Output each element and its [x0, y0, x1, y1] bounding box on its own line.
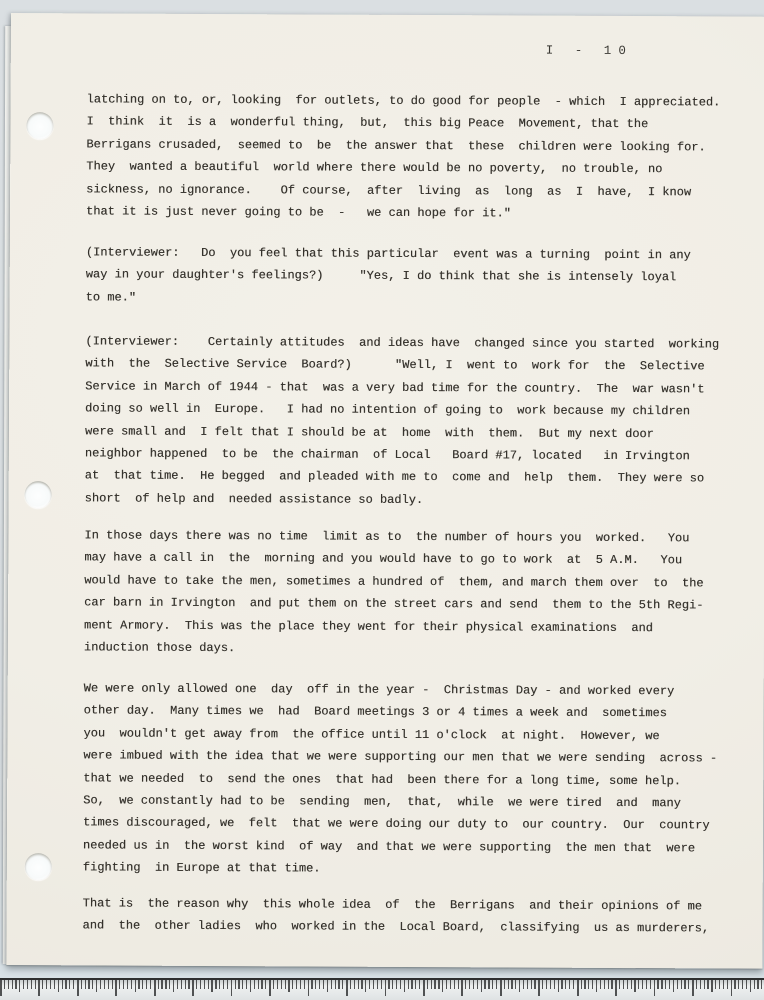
ruler-tick [373, 980, 374, 989]
ruler-tick [361, 980, 362, 989]
ruler-tick [396, 980, 397, 989]
ruler-tick [23, 980, 24, 989]
paragraph-line: fighting in Europe at that time. [83, 857, 743, 883]
ruler-tick [534, 980, 535, 989]
ruler-tick [338, 980, 339, 989]
paragraph: latching on to, or, looking for outlets,… [86, 88, 747, 226]
ruler-tick [0, 980, 2, 996]
ruler-tick [604, 980, 605, 989]
paragraph-line: that it is just never going to be - we c… [86, 200, 746, 226]
paragraph-line: I think it is a wonderful thing, but, th… [86, 111, 746, 137]
paragraph-line: We were only allowed one day off in the … [84, 677, 744, 703]
ruler-tick [308, 980, 310, 996]
ruler-tick [35, 980, 36, 989]
ruler-tick [461, 980, 463, 996]
ruler-tick [81, 980, 82, 989]
ruler-tick [581, 980, 582, 989]
ruler-tick [611, 980, 612, 989]
ruler-tick [573, 980, 574, 989]
ruler-tick [69, 980, 70, 989]
ruler-tick [119, 980, 120, 989]
ruler-tick [665, 980, 666, 989]
ruler-tick [100, 980, 101, 989]
ruler-tick [408, 980, 409, 989]
ruler-tick [504, 980, 505, 989]
ruler-tick [481, 980, 482, 992]
ruler-tick [684, 980, 685, 989]
scanned-page: I - 10 latching on to, or, looking for o… [6, 13, 764, 969]
ruler-tick [50, 980, 51, 989]
ruler-tick [238, 980, 239, 989]
ruler-tick [58, 980, 59, 992]
ruler-tick [446, 980, 447, 989]
ruler-tick [235, 980, 236, 989]
ruler-tick [123, 980, 124, 989]
paragraph-line: They wanted a beautiful world where ther… [86, 156, 746, 182]
ruler-tick [681, 980, 682, 989]
ruler-tick [608, 980, 609, 989]
paragraph-line: latching on to, or, looking for outlets,… [87, 88, 747, 114]
paragraph-line: needed us in the worst kind of way and t… [83, 834, 743, 860]
ruler-tick [142, 980, 143, 989]
ruler-tick [354, 980, 355, 989]
ruler-tick [261, 980, 262, 989]
ruler-tick [173, 980, 174, 992]
paragraph-line: Service in March of 1944 - that was a ve… [85, 375, 745, 401]
ruler-tick [258, 980, 259, 989]
ruler-tick [634, 980, 635, 992]
ruler-tick [484, 980, 485, 989]
ruler-tick [281, 980, 282, 989]
ruler-tick [619, 980, 620, 989]
ruler-tick [734, 980, 735, 989]
ruler-tick [411, 980, 412, 989]
ruler-tick [346, 980, 348, 996]
paragraph-line: induction those days. [84, 636, 744, 662]
paragraph: (Interviewer: Certainly attitudes and id… [85, 330, 746, 512]
ruler-tick [169, 980, 170, 989]
ruler-tick [62, 980, 63, 989]
paragraph-line: would have to take the men, sometimes a … [84, 569, 744, 595]
ruler-tick [542, 980, 543, 989]
ruler-tick [657, 980, 658, 989]
paragraph-line: So, we constantly had to be sending men,… [83, 789, 743, 815]
ruler-tick [600, 980, 601, 989]
ruler-tick [592, 980, 593, 989]
paragraph-line: with the Selective Service Board?) "Well… [85, 353, 745, 379]
ruler-tick [85, 980, 86, 989]
paragraph-line: That is the reason why this whole idea o… [83, 892, 743, 918]
ruler-tick [538, 980, 540, 996]
ruler-tick [569, 980, 570, 989]
paragraph: We were only allowed one day off in the … [83, 677, 744, 882]
ruler-tick [438, 980, 439, 989]
ruler-tick [696, 980, 697, 989]
ruler-tick [404, 980, 405, 992]
ruler-tick [642, 980, 643, 989]
ruler-tick [427, 980, 428, 989]
ruler-tick [311, 980, 312, 989]
ruler-tick [96, 980, 97, 992]
ruler-tick [77, 980, 79, 996]
paragraph-line: other day. Many times we had Board meeti… [84, 700, 744, 726]
ruler-tick [558, 980, 559, 992]
ruler-tick [246, 980, 247, 989]
ruler-tick [288, 980, 289, 992]
paragraph-line: neighbor happened to be the chairman of … [85, 442, 745, 468]
ruler-tick [112, 980, 113, 989]
ruler-tick [577, 980, 579, 996]
ruler-tick [500, 980, 502, 996]
ruler-tick [646, 980, 647, 989]
paragraph: (Interviewer: Do you feel that this part… [86, 241, 746, 311]
ruler-tick [458, 980, 459, 989]
ruler-tick [377, 980, 378, 989]
paragraph: In those days there was no time limit as… [84, 524, 745, 662]
ruler-tick [719, 980, 720, 989]
ruler-tick [223, 980, 224, 989]
paragraph-line: were imbued with the idea that we were s… [83, 745, 743, 771]
ruler-tick [627, 980, 628, 989]
ruler-tick [42, 980, 43, 989]
ruler-tick [4, 980, 5, 989]
ruler-tick [673, 980, 674, 992]
ruler-tick [750, 980, 751, 992]
ruler-tick [434, 980, 435, 989]
paragraph-line: (Interviewer: Certainly attitudes and id… [85, 330, 745, 356]
ruler-tick [442, 980, 443, 992]
paragraph-line: that we needed to send the ones that had… [83, 767, 743, 793]
page-number: I - 10 [546, 44, 633, 58]
ruler-tick [415, 980, 416, 989]
paragraph-line: doing so well in Europe. I had no intent… [85, 398, 745, 424]
ruler-tick [38, 980, 40, 996]
ruler-tick [754, 980, 755, 989]
ruler-tick [677, 980, 678, 989]
ruler-tick [250, 980, 251, 992]
ruler-tick [419, 980, 420, 989]
ruler-tick [746, 980, 747, 989]
ruler-tick [104, 980, 105, 989]
ruler-tick [65, 980, 66, 989]
ruler-tick [12, 980, 13, 989]
ruler-tick [135, 980, 136, 992]
ruler-tick [342, 980, 343, 989]
ruler-tick [277, 980, 278, 989]
ruler-tick [546, 980, 547, 989]
ruler-tick [381, 980, 382, 989]
ruler-tick [192, 980, 194, 996]
ruler-tick [88, 980, 89, 989]
document-text: latching on to, or, looking for outlets,… [11, 13, 764, 17]
ruler-tick [127, 980, 128, 989]
paragraph-line: In those days there was no time limit as… [84, 524, 744, 550]
ruler-tick [761, 980, 762, 989]
ruler-tick [519, 980, 520, 992]
ruler-tick [323, 980, 324, 989]
ruler-tick [473, 980, 474, 989]
ruler-tick [31, 980, 32, 989]
ruler-tick [227, 980, 228, 989]
ruler-tick [523, 980, 524, 989]
ruler-tick [161, 980, 162, 989]
ruler-tick [285, 980, 286, 989]
ruler-tick [138, 980, 139, 989]
ruler-tick [561, 980, 562, 989]
ruler-tick [188, 980, 189, 989]
ruler-tick [661, 980, 662, 989]
hole-punch [23, 479, 54, 510]
ruler-tick [623, 980, 624, 989]
ruler-tick [450, 980, 451, 989]
paragraph: That is the reason why this whole idea o… [82, 892, 742, 940]
ruler-tick [688, 980, 689, 989]
paragraph-line: ment Armory. This was the place they wen… [84, 614, 744, 640]
paragraph-line: (Interviewer: Do you feel that this part… [86, 241, 746, 267]
ruler-tick [27, 980, 28, 989]
ruler-tick [300, 980, 301, 989]
ruler-tick [231, 980, 233, 996]
ruler-tick [196, 980, 197, 989]
ruler-tick [511, 980, 512, 989]
ruler-tick [54, 980, 55, 989]
ruler-tick [631, 980, 632, 989]
ruler-tick [181, 980, 182, 989]
ruler-tick [704, 980, 705, 989]
ruler-tick [615, 980, 617, 996]
ruler-tick [565, 980, 566, 989]
ruler-tick [204, 980, 205, 989]
ruler-tick [365, 980, 366, 992]
paragraph-line: way in your daughter's feelings?) "Yes, … [86, 264, 746, 290]
paragraph-line: to me." [86, 286, 746, 312]
ruler-tick [304, 980, 305, 989]
ruler-tick [327, 980, 328, 992]
ruler-tick [154, 980, 156, 996]
ruler-tick [392, 980, 393, 989]
ruler-tick [527, 980, 528, 989]
ruler-tick [296, 980, 297, 989]
ruler-tick [211, 980, 212, 992]
ruler-tick [292, 980, 293, 989]
ruler-tick [508, 980, 509, 989]
ruler-tick [477, 980, 478, 989]
ruler-tick [19, 980, 20, 992]
ruler-tick [669, 980, 670, 989]
ruler-tick [711, 980, 712, 992]
ruler-tick [550, 980, 551, 989]
ruler-tick [707, 980, 708, 989]
ruler-tick [596, 980, 597, 992]
ruler-tick [588, 980, 589, 989]
hole-punch [26, 112, 53, 139]
ruler-tick [454, 980, 455, 989]
ruler-tick [358, 980, 359, 989]
ruler-tick [492, 980, 493, 989]
ruler-tick [219, 980, 220, 989]
ruler-tick [584, 980, 585, 989]
ruler [0, 978, 764, 1000]
ruler-tick [92, 980, 93, 989]
paragraph-line: car barn in Irvington and put them on th… [84, 592, 744, 618]
ruler-tick [73, 980, 74, 989]
ruler-tick [350, 980, 351, 989]
ruler-tick [200, 980, 201, 989]
ruler-tick [108, 980, 109, 989]
ruler-tick [465, 980, 466, 989]
ruler-tick [15, 980, 16, 989]
ruler-tick [146, 980, 147, 989]
ruler-tick [131, 980, 132, 989]
paragraph-line: may have a call in the morning and you w… [84, 547, 744, 573]
paragraph-line: Berrigans crusaded, seemed to be the ans… [86, 133, 746, 159]
ruler-tick [150, 980, 151, 989]
ruler-tick [757, 980, 758, 989]
ruler-tick [738, 980, 739, 989]
hole-punch [25, 853, 52, 880]
ruler-tick [115, 980, 117, 996]
ruler-tick [400, 980, 401, 989]
ruler-tick [273, 980, 274, 989]
ruler-tick [654, 980, 656, 996]
ruler-tick [265, 980, 266, 989]
ruler-tick [8, 980, 9, 989]
scan-area: I - 10 latching on to, or, looking for o… [0, 0, 764, 1000]
ruler-tick [554, 980, 555, 989]
ruler-tick [723, 980, 724, 989]
paragraph-line: you wouldn't get away from the office un… [83, 722, 743, 748]
ruler-tick [331, 980, 332, 989]
ruler-tick [269, 980, 271, 996]
paragraph-line: sickness, no ignorance. Of course, after… [86, 178, 746, 204]
ruler-tick [515, 980, 516, 989]
paragraph-line: and the other ladies who worked in the L… [82, 915, 742, 941]
ruler-tick [215, 980, 216, 989]
ruler-tick [531, 980, 532, 989]
ruler-tick [715, 980, 716, 989]
paragraph-line: short of help and needed assistance so b… [85, 487, 745, 513]
ruler-tick [731, 980, 733, 996]
ruler-tick [254, 980, 255, 989]
ruler-tick [469, 980, 470, 989]
ruler-tick [165, 980, 166, 989]
ruler-tick [388, 980, 389, 989]
ruler-tick [431, 980, 432, 989]
paragraph-line: times discouraged, we felt that we were … [83, 812, 743, 838]
ruler-tick [385, 980, 387, 996]
ruler-tick [727, 980, 728, 989]
ruler-tick [185, 980, 186, 989]
ruler-tick [650, 980, 651, 989]
ruler-tick [700, 980, 701, 989]
paragraph-line: at that time. He begged and pleaded with… [85, 465, 745, 491]
ruler-tick [488, 980, 489, 989]
ruler-tick [496, 980, 497, 989]
ruler-tick [242, 980, 243, 989]
ruler-tick [638, 980, 639, 989]
paragraph-line: were small and I felt that I should be a… [85, 420, 745, 446]
ruler-tick [177, 980, 178, 989]
ruler-tick [692, 980, 694, 996]
ruler-tick [369, 980, 370, 989]
ruler-tick [208, 980, 209, 989]
ruler-tick [158, 980, 159, 989]
ruler-tick [742, 980, 743, 989]
ruler-tick [319, 980, 320, 989]
ruler-tick [315, 980, 316, 989]
ruler-tick [423, 980, 425, 996]
ruler-tick [335, 980, 336, 989]
ruler-tick [46, 980, 47, 989]
